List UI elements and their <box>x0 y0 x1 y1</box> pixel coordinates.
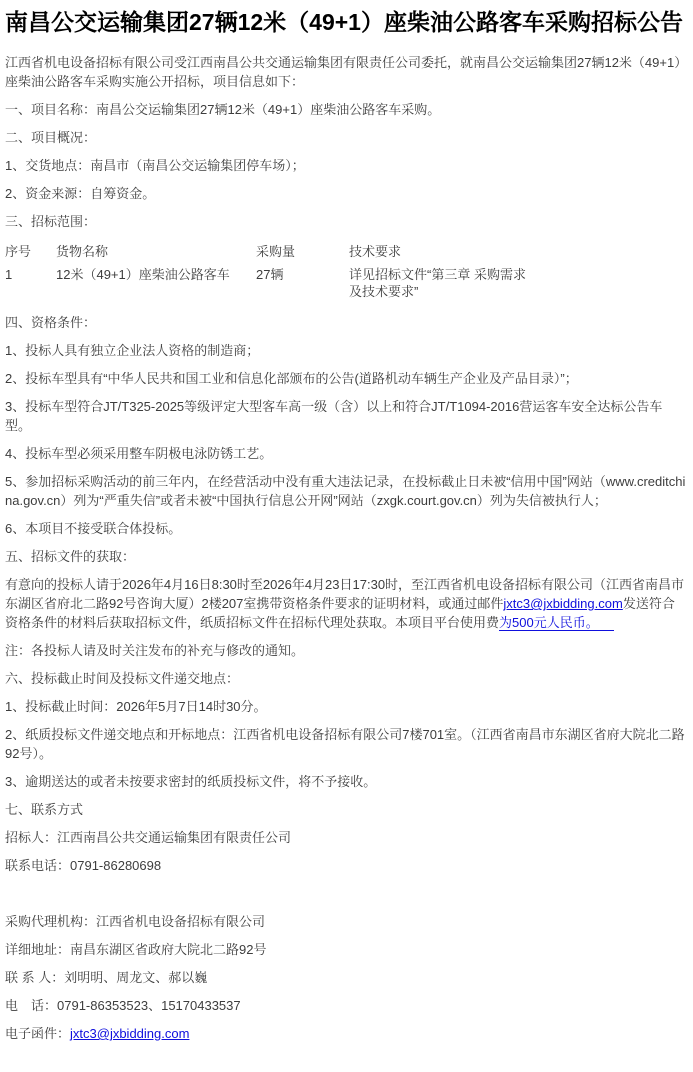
deadline-section-heading: 六、投标截止时间及投标文件递交地点： <box>5 669 687 688</box>
cell-qty: 27辆 <box>256 263 349 303</box>
cell-no: 1 <box>5 263 56 303</box>
agency-phone-line: 电 话：0791-86353523、15170433537 <box>5 996 687 1015</box>
email-link-bottom[interactable]: jxtc3@jxbidding.com <box>70 1026 189 1041</box>
late-delivery-line: 3、逾期送达的或者未按要求密封的纸质投标文件，将不予接收。 <box>5 772 687 791</box>
email-label: 电子函件： <box>5 1026 70 1041</box>
page-title: 南昌公交运输集团27辆12米（49+1）座柴油公路客车采购招标公告 <box>5 8 687 36</box>
qualification-item-2: 2、投标车型具有“中华人民共和国工业和信息化部颁布的公告(道路机动车辆生产企业及… <box>5 369 687 388</box>
qualification-item-1: 1、投标人具有独立企业法人资格的制造商； <box>5 341 687 360</box>
qualification-item-5: 5、参加招标采购活动的前三年内，在经营活动中没有重大违法记录，在投标截止日未被“… <box>5 472 687 510</box>
tenderer-phone-line: 联系电话：0791-86280698 <box>5 856 687 875</box>
col-header-name: 货物名称 <box>56 240 256 263</box>
qualification-heading: 四、资格条件： <box>5 313 687 332</box>
project-overview-heading: 二、项目概况： <box>5 128 687 147</box>
agency-line: 采购代理机构：江西省机电设备招标有限公司 <box>5 912 687 931</box>
agency-address-line: 详细地址：南昌东湖区省政府大院北二路92号 <box>5 940 687 959</box>
contact-persons-line: 联 系 人：刘明明、周龙文、郝以巍 <box>5 968 687 987</box>
funding-source-line: 2、资金来源：自筹资金。 <box>5 184 687 203</box>
email-link[interactable]: jxtc3@jxbidding.com <box>503 596 622 611</box>
cell-tech: 详见招标文件“第三章 采购需求及技术要求” <box>349 263 538 303</box>
agency-email-line: 电子函件：jxtc3@jxbidding.com <box>5 1024 687 1043</box>
announcement-page: 南昌公交运输集团27辆12米（49+1）座柴油公路客车采购招标公告 江西省机电设… <box>0 0 693 1072</box>
contact-section-heading: 七、联系方式 <box>5 800 687 819</box>
col-header-no: 序号 <box>5 240 56 263</box>
document-acquisition-paragraph: 有意向的投标人请于2026年4月16日8:30时至2026年4月23日17:30… <box>5 575 687 632</box>
document-acquisition-heading: 五、招标文件的获取： <box>5 547 687 566</box>
col-header-tech: 技术要求 <box>349 240 538 263</box>
blank-spacer <box>5 884 687 912</box>
qualification-item-3: 3、投标车型符合JT/T325-2025等级评定大型客车高一级（含）以上和符合J… <box>5 397 687 435</box>
bid-deadline-line: 1、投标截止时间：2026年5月7日14时30分。 <box>5 697 687 716</box>
submission-location-line: 2、纸质投标文件递交地点和开标地点：江西省机电设备招标有限公司7楼701室。（江… <box>5 725 687 763</box>
bidding-scope-heading: 三、招标范围： <box>5 212 687 231</box>
goods-table-header-row: 序号 货物名称 采购量 技术要求 <box>5 240 538 263</box>
goods-table: 序号 货物名称 采购量 技术要求 1 12米（49+1）座柴油公路客车 27辆 … <box>5 240 538 303</box>
platform-fee-link[interactable]: 为500元人民币。 <box>499 615 614 631</box>
notice-line: 注：各投标人请及时关注发布的补充与修改的通知。 <box>5 641 687 660</box>
cell-name: 12米（49+1）座柴油公路客车 <box>56 263 256 303</box>
col-header-qty: 采购量 <box>256 240 349 263</box>
project-name-line: 一、项目名称：南昌公交运输集团27辆12米（49+1）座柴油公路客车采购。 <box>5 100 687 119</box>
table-row: 1 12米（49+1）座柴油公路客车 27辆 详见招标文件“第三章 采购需求及技… <box>5 263 538 303</box>
delivery-location-line: 1、交货地点：南昌市（南昌公交运输集团停车场）； <box>5 156 687 175</box>
qualification-item-4: 4、投标车型必须采用整车阴极电泳防锈工艺。 <box>5 444 687 463</box>
qualification-item-6: 6、本项目不接受联合体投标。 <box>5 519 687 538</box>
tenderer-line: 招标人：江西南昌公共交通运输集团有限责任公司 <box>5 828 687 847</box>
intro-paragraph: 江西省机电设备招标有限公司受江西南昌公共交通运输集团有限责任公司委托，就南昌公交… <box>5 53 687 91</box>
